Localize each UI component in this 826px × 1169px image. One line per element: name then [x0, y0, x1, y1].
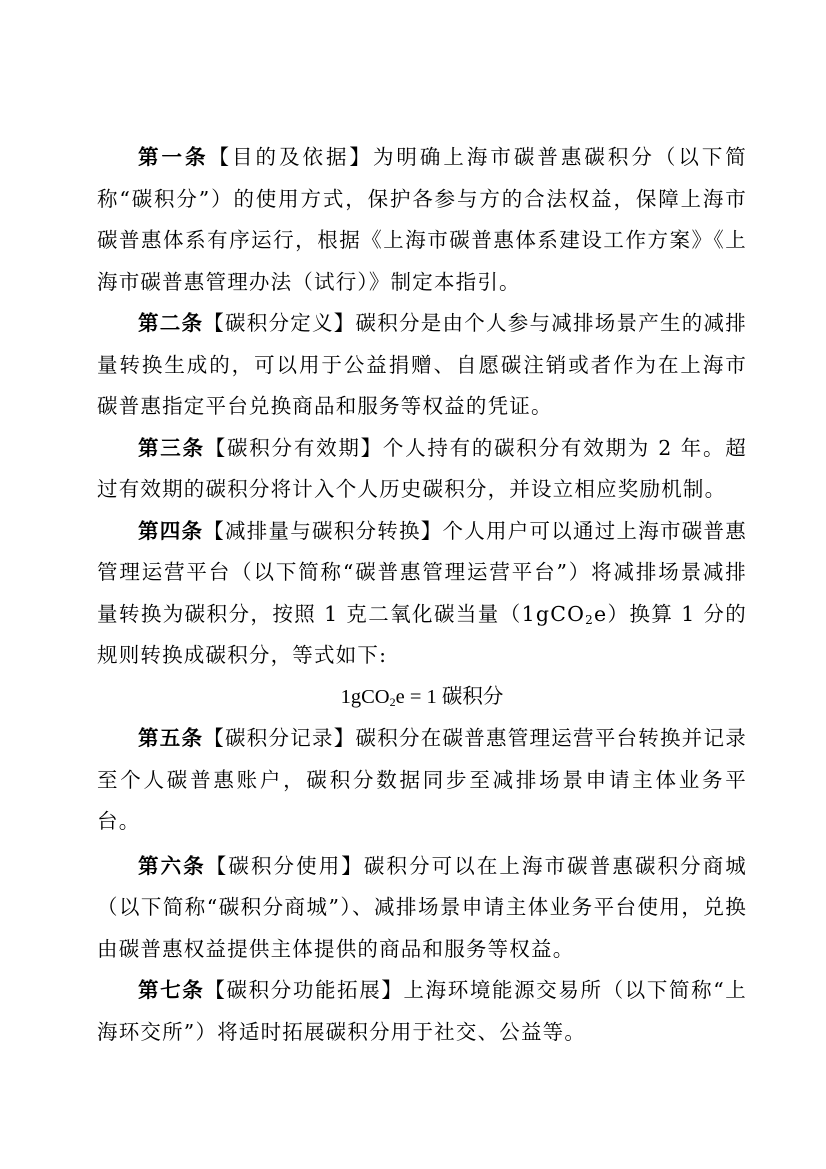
article-number: 第四条 [138, 519, 203, 543]
document-page: 第一条【目的及依据】为明确上海市碳普惠碳积分（以下简称“碳积分”）的使用方式，保… [97, 137, 747, 1053]
article-2: 第二条【碳积分定义】碳积分是由个人参与减排场景产生的减排量转换生成的，可以用于公… [97, 303, 747, 428]
article-3: 第三条【碳积分有效期】个人持有的碳积分有效期为 2 年。超过有效期的碳积分将计入… [97, 428, 747, 511]
article-1: 第一条【目的及依据】为明确上海市碳普惠碳积分（以下简称“碳积分”）的使用方式，保… [97, 137, 747, 303]
article-number: 第一条 [138, 145, 208, 169]
article-6: 第六条【碳积分使用】碳积分可以在上海市碳普惠碳积分商城（以下简称“碳积分商城”）… [97, 846, 747, 971]
formula-right: e = 1 碳积分 [396, 686, 504, 708]
article-title: 【碳积分记录】 [203, 726, 355, 750]
subscript: 2 [585, 613, 594, 627]
article-5: 第五条【碳积分记录】碳积分在碳普惠管理运营平台转换并记录至个人碳普惠账户，碳积分… [97, 718, 747, 843]
article-title: 【碳积分使用】 [206, 854, 364, 878]
article-number: 第六条 [138, 854, 206, 878]
article-title: 【碳积分定义】 [203, 311, 355, 335]
article-number: 第五条 [138, 726, 203, 750]
article-number: 第二条 [138, 311, 203, 335]
article-number: 第三条 [138, 436, 205, 460]
article-7: 第七条【碳积分功能拓展】上海环境能源交易所（以下简称“上海环交所”）将适时拓展碳… [97, 970, 747, 1053]
formula-left: 1gCO [341, 686, 390, 708]
article-title: 【碳积分功能拓展】 [204, 978, 403, 1002]
formula: 1gCO2e = 1 碳积分 [97, 677, 747, 719]
article-title: 【目的及依据】 [208, 145, 372, 169]
article-number: 第七条 [138, 978, 204, 1002]
article-title: 【碳积分有效期】 [205, 436, 383, 460]
article-title: 【减排量与碳积分转换】 [203, 519, 442, 543]
article-4: 第四条【减排量与碳积分转换】个人用户可以通过上海市碳普惠管理运营平台（以下简称“… [97, 511, 747, 677]
